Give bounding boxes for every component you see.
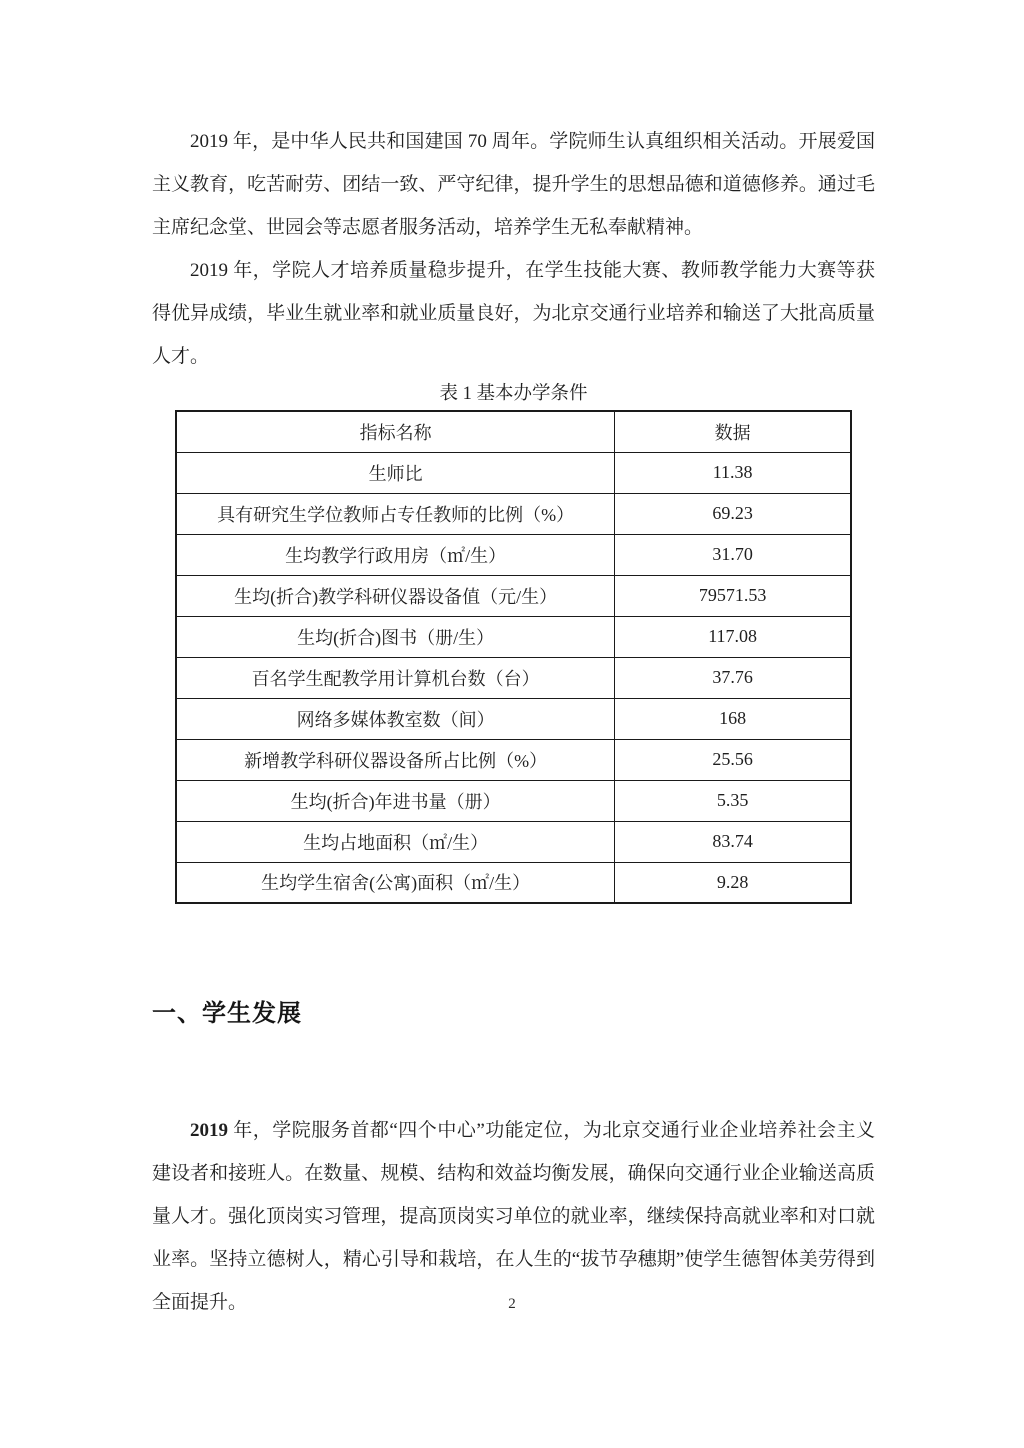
table-row: 新增教学科研仪器设备所占比例（%）25.56	[176, 739, 851, 780]
table-header-indicator: 指标名称	[176, 411, 615, 452]
paragraph-student-development: 2019 年，学院服务首都“四个中心”功能定位，为北京交通行业企业培养社会主义建…	[152, 1109, 875, 1324]
table-row: 网络多媒体教室数（间）168	[176, 698, 851, 739]
table-row: 生师比11.38	[176, 452, 851, 493]
table-cell-indicator: 生均(折合)年进书量（册）	[176, 780, 615, 821]
table-cell-value: 79571.53	[615, 575, 851, 616]
table-row: 生均占地面积（㎡/生）83.74	[176, 821, 851, 862]
table-header-row: 指标名称 数据	[176, 411, 851, 452]
paragraph-body-text: 年，学院服务首都“四个中心”功能定位，为北京交通行业企业培养社会主义建设者和接班…	[152, 1120, 875, 1313]
table-cell-indicator: 百名学生配教学用计算机台数（台）	[176, 657, 615, 698]
table-cell-value: 69.23	[615, 493, 851, 534]
table-header-value: 数据	[615, 411, 851, 452]
table-cell-indicator: 网络多媒体教室数（间）	[176, 698, 615, 739]
paragraph-anniversary: 2019 年，是中华人民共和国建国 70 周年。学院师生认真组织相关活动。开展爱…	[152, 120, 875, 249]
paragraph-lead-year: 2019	[190, 1120, 228, 1141]
table-cell-value: 9.28	[615, 862, 851, 903]
basic-conditions-table: 指标名称 数据 生师比11.38具有研究生学位教师占专任教师的比例（%）69.2…	[175, 410, 852, 904]
table-cell-value: 83.74	[615, 821, 851, 862]
table-cell-indicator: 生均(折合)图书（册/生）	[176, 616, 615, 657]
table-row: 生均学生宿舍(公寓)面积（㎡/生）9.28	[176, 862, 851, 903]
document-page: 2019 年，是中华人民共和国建国 70 周年。学院师生认真组织相关活动。开展爱…	[0, 120, 1024, 1324]
table-cell-value: 11.38	[615, 452, 851, 493]
table-cell-value: 37.76	[615, 657, 851, 698]
table-cell-value: 168	[615, 698, 851, 739]
table-row: 具有研究生学位教师占专任教师的比例（%）69.23	[176, 493, 851, 534]
table-row: 生均(折合)图书（册/生）117.08	[176, 616, 851, 657]
table-row: 生均(折合)年进书量（册）5.35	[176, 780, 851, 821]
table-row: 百名学生配教学用计算机台数（台）37.76	[176, 657, 851, 698]
section-heading-student-development: 一、学生发展	[152, 996, 875, 1032]
table-row: 生均(折合)教学科研仪器设备值（元/生）79571.53	[176, 575, 851, 616]
table-cell-value: 117.08	[615, 616, 851, 657]
table-cell-value: 5.35	[615, 780, 851, 821]
table-cell-indicator: 生均占地面积（㎡/生）	[176, 821, 615, 862]
table-cell-indicator: 生均学生宿舍(公寓)面积（㎡/生）	[176, 862, 615, 903]
table-cell-value: 31.70	[615, 534, 851, 575]
table-cell-indicator: 生师比	[176, 452, 615, 493]
table-cell-indicator: 新增教学科研仪器设备所占比例（%）	[176, 739, 615, 780]
table-cell-indicator: 生均(折合)教学科研仪器设备值（元/生）	[176, 575, 615, 616]
paragraph-talent-quality: 2019 年，学院人才培养质量稳步提升，在学生技能大赛、教师教学能力大赛等获得优…	[152, 249, 875, 378]
page-number: 2	[0, 1296, 1024, 1313]
table-caption: 表 1 基本办学条件	[152, 378, 875, 410]
table-cell-indicator: 具有研究生学位教师占专任教师的比例（%）	[176, 493, 615, 534]
table-cell-value: 25.56	[615, 739, 851, 780]
table-row: 生均教学行政用房（㎡/生）31.70	[176, 534, 851, 575]
table-cell-indicator: 生均教学行政用房（㎡/生）	[176, 534, 615, 575]
